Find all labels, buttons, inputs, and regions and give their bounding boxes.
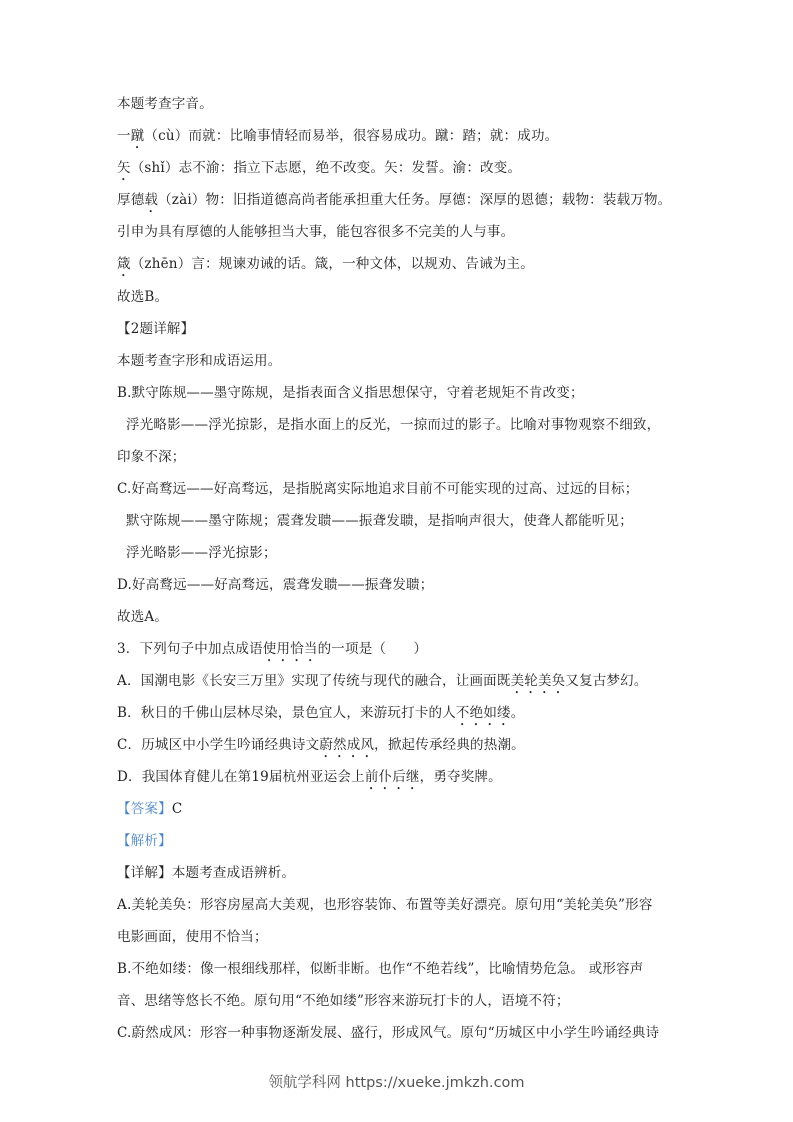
text: 本题考查成语辨析。 (172, 865, 295, 881)
dotted-text: 使用恰当 (263, 641, 318, 657)
dotted-idiom: 美轮美奂 (511, 673, 566, 689)
q3-option-c: C．历城区中小学生吟诵经典诗文蔚然成风，掀起传承经典的热潮。 (117, 736, 525, 761)
text: 又复古梦幻。 (565, 673, 647, 689)
dotted-char: 载 (144, 192, 158, 208)
q2-c2: 默守陈规——墨守陈规；震聋发聩——振聋发聩，是指响声很大，使聋人都能听见； (126, 512, 633, 530)
dotted-char: 矢 (117, 160, 131, 176)
text: D．我国体育健儿在第19届杭州亚运会上 (117, 769, 365, 785)
text: ，勇夺奖牌。 (420, 769, 502, 785)
q2-heading: 【2题详解】 (117, 320, 194, 338)
q1-item-zai-cont: 引申为具有厚德的人能够担当大事，能包容很多不完美的人与事。 (117, 223, 514, 241)
text: B．秋日的千佛山层林尽染，景色宜人，来游玩打卡的人 (117, 705, 456, 721)
text: 3．下列句子中加点成语 (117, 641, 263, 657)
text: 。 (511, 705, 525, 721)
q3-option-b: B．秋日的千佛山层林尽染，景色宜人，来游玩打卡的人不绝如缕。 (117, 704, 524, 729)
q2-b2: 浮光略影——浮光掠影，是指水面上的反光，一掠而过的影子。比喻对事物观察不细致， (126, 416, 660, 434)
q3-explain-c1: C.蔚然成风：形容一种事物逐渐发展、盛行，形成风气。原句“历城区中小学生吟诵经典… (117, 1024, 659, 1042)
q1-item-cu: 一蹴（cù）而就：比喻事情轻而易举，很容易成功。蹴：踏；就：成功。 (117, 127, 558, 152)
q2-d1: D.好高鹜远——好高骛远，震聋发聩——振聋发聩； (117, 576, 433, 594)
text: ，掀起传承经典的热潮。 (374, 737, 525, 753)
text: 的一项是（ ） (318, 641, 428, 657)
q3-analysis-label: 【解析】 (117, 832, 172, 850)
text: 厚德 (117, 192, 144, 208)
q3-answer: 【答案】C (117, 800, 182, 818)
text: （shǐ）志不渝：指立下志愿，绝不改变。矢：发誓。渝：改变。 (131, 160, 521, 176)
footer-watermark: 领航学科网 https://xueke.jmkzh.com (0, 1071, 793, 1092)
q3-explain-b1: B.不绝如缕：像一根细线那样，似断非断。也作“不绝若线”，比喻情势危急。 或形容… (117, 960, 644, 978)
q2-b3: 印象不深； (117, 448, 186, 466)
dotted-idiom: 蔚然成风 (319, 737, 374, 753)
dotted-idiom: 前仆后继 (365, 769, 420, 785)
text: （zhēn）言：规谏劝诫的话。箴，一种文体，以规劝、告诫为主。 (131, 256, 534, 272)
q3-explain-b2: 音、思绪等悠长不绝。原句用“不绝如缕”形容来游玩打卡的人，语境不符； (117, 992, 570, 1010)
text: A．国潮电影《长安三万里》实现了传统与现代的融合，让画面既 (117, 673, 511, 689)
detail-label: 【详解】 (117, 865, 172, 881)
q1-answer: 故选B。 (117, 288, 168, 306)
q3-option-d: D．我国体育健儿在第19届杭州亚运会上前仆后继，勇夺奖牌。 (117, 768, 502, 793)
text: 一 (117, 128, 131, 144)
dotted-char: 蹴 (131, 128, 145, 144)
text: （cù）而就：比喻事情轻而易举，很容易成功。蹴：踏；就：成功。 (144, 128, 558, 144)
q3-explain-a2: 电影画面，使用不恰当； (117, 928, 268, 946)
q2-intro: 本题考查字形和成语运用。 (117, 352, 281, 370)
q2-c3: 浮光略影——浮光掠影； (126, 544, 277, 562)
q1-item-shi: 矢（shǐ）志不渝：指立下志愿，绝不改变。矢：发誓。渝：改变。 (117, 159, 521, 184)
q3-detail: 【详解】本题考查成语辨析。 (117, 864, 295, 882)
q1-item-zhen: 箴（zhēn）言：规谏劝诫的话。箴，一种文体，以规劝、告诫为主。 (117, 255, 534, 280)
q1-item-zai: 厚德载（zài）物：旧指道德高尚者能承担重大任务。厚德：深厚的恩德；载物：装载万… (117, 191, 671, 216)
answer-value: C (172, 801, 183, 817)
answer-label: 【答案】 (117, 801, 172, 817)
q3-option-a: A．国潮电影《长安三万里》实现了传统与现代的融合，让画面既美轮美奂又复古梦幻。 (117, 672, 648, 697)
q2-c1: C.好高鹜远——好高骛远，是指脱离实际地追求目前不可能实现的过高、过远的目标； (117, 480, 638, 498)
dotted-char: 箴 (117, 256, 131, 272)
text: （zài）物：旧指道德高尚者能承担重大任务。厚德：深厚的恩德；载物：装载万物。 (158, 192, 671, 208)
q3-stem: 3．下列句子中加点成语使用恰当的一项是（ ） (117, 640, 427, 665)
q2-answer: 故选A。 (117, 608, 168, 626)
q1-intro: 本题考查字音。 (117, 95, 213, 113)
q2-b1: B.默守陈规——墨守陈规，是指表面含义指思想保守，守着老规矩不肯改变； (117, 384, 584, 402)
dotted-idiom: 不绝如缕 (456, 705, 511, 721)
text: C．历城区中小学生吟诵经典诗文 (117, 737, 319, 753)
q3-explain-a1: A.美轮美奂：形容房屋高大美观，也形容装饰、布置等美好漂亮。原句用“美轮美奂”形… (117, 896, 653, 914)
